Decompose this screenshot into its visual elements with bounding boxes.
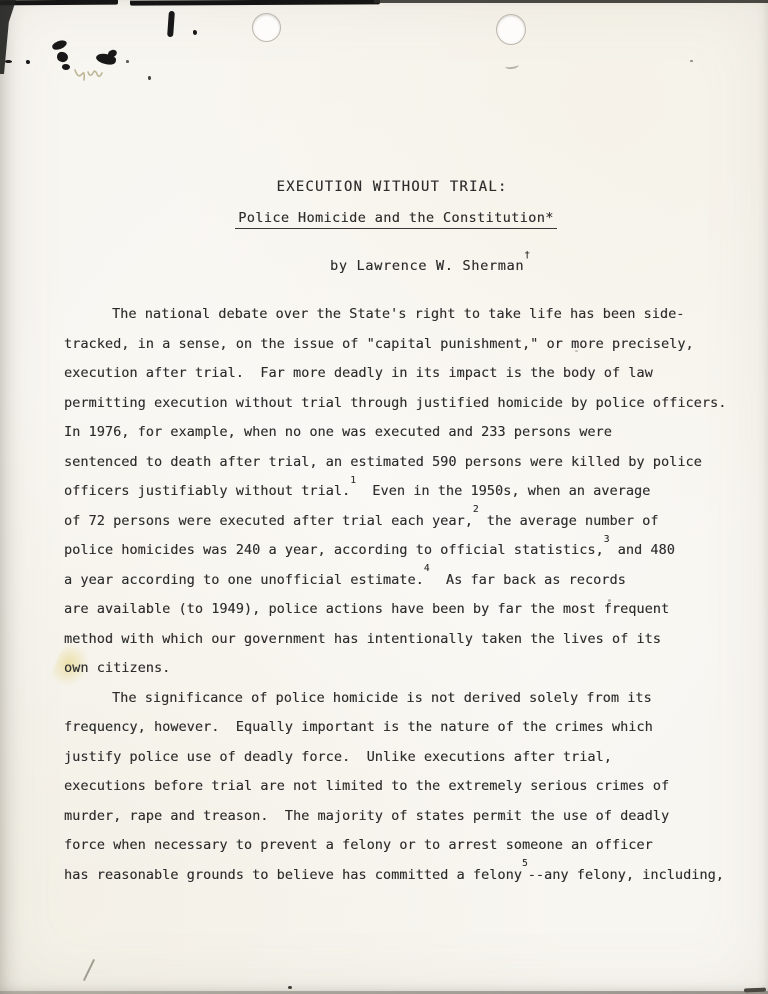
text-line: executions before trial are not limited … xyxy=(64,772,726,802)
text-line: frequency, however. Equally important is… xyxy=(64,713,726,743)
ink-smudge xyxy=(5,60,12,63)
text-line: The national debate over the State's rig… xyxy=(64,300,726,330)
pencil-squiggle xyxy=(505,61,520,70)
scan-top-edge-artifact xyxy=(374,0,768,3)
footnote-marker: 4 xyxy=(424,563,430,574)
paper-speck xyxy=(690,60,693,62)
body-text: The national debate over the State's rig… xyxy=(64,300,726,890)
document-byline: by Lawrence W. Sherman† xyxy=(330,258,530,274)
footnote-marker: 5 xyxy=(522,858,528,869)
text-line: of 72 persons were executed after trial … xyxy=(64,507,726,537)
text-line: method with which our government has int… xyxy=(64,625,726,655)
ink-smudge xyxy=(56,51,69,63)
text-line: The significance of police homicide is n… xyxy=(64,684,726,714)
document-title: EXECUTION WITHOUT TRIAL: xyxy=(8,179,768,195)
scan-bottom-edge-artifact xyxy=(744,988,766,993)
document-subtitle: Police Homicide and the Constitution* xyxy=(12,210,768,229)
punch-hole xyxy=(496,14,526,45)
footnote-marker: 3 xyxy=(604,534,610,545)
ink-smudge xyxy=(62,64,70,70)
ink-smudge xyxy=(148,76,151,80)
text-line: sentenced to death after trial, an estim… xyxy=(64,448,726,478)
scan-top-edge-artifact xyxy=(0,0,118,5)
text-line: force when necessary to prevent a felony… xyxy=(64,831,726,861)
scan-top-edge-artifact xyxy=(130,0,380,6)
paper-speck xyxy=(288,986,292,989)
footnote-marker: † xyxy=(524,250,530,261)
text-line: are available (to 1949), police actions … xyxy=(64,595,726,625)
ink-smudge xyxy=(51,38,68,51)
text-line: has reasonable grounds to believe has co… xyxy=(64,861,726,891)
ink-mark xyxy=(167,11,175,37)
scanned-document-page: EXECUTION WITHOUT TRIAL: Police Homicide… xyxy=(0,0,768,994)
text-line: officers justifiably without trial.1 Eve… xyxy=(64,477,726,507)
footnote-marker: 2 xyxy=(473,504,479,515)
punch-hole xyxy=(252,13,281,42)
handwriting-scribble xyxy=(72,62,114,84)
footnote-marker: 1 xyxy=(350,475,356,486)
ink-smudge xyxy=(126,60,129,63)
text-line: murder, rape and treason. The majority o… xyxy=(64,802,726,832)
text-line: In 1976, for example, when no one was ex… xyxy=(64,418,726,448)
document-subtitle-text: Police Homicide and the Constitution* xyxy=(235,210,557,229)
text-line: a year according to one unofficial estim… xyxy=(64,566,726,596)
paragraph: The national debate over the State's rig… xyxy=(64,300,726,684)
text-line: justify police use of deadly force. Unli… xyxy=(64,743,726,773)
text-line: police homicides was 240 a year, accordi… xyxy=(64,536,726,566)
scratch-mark xyxy=(83,959,95,981)
text-line: permitting execution without trial throu… xyxy=(64,389,726,419)
ink-mark xyxy=(193,30,197,35)
text-line: tracked, in a sense, on the issue of "ca… xyxy=(64,330,726,360)
ink-smudge xyxy=(26,60,30,64)
text-line: execution after trial. Far more deadly i… xyxy=(64,359,726,389)
text-line: own citizens. xyxy=(64,654,726,684)
paragraph: The significance of police homicide is n… xyxy=(64,684,726,891)
